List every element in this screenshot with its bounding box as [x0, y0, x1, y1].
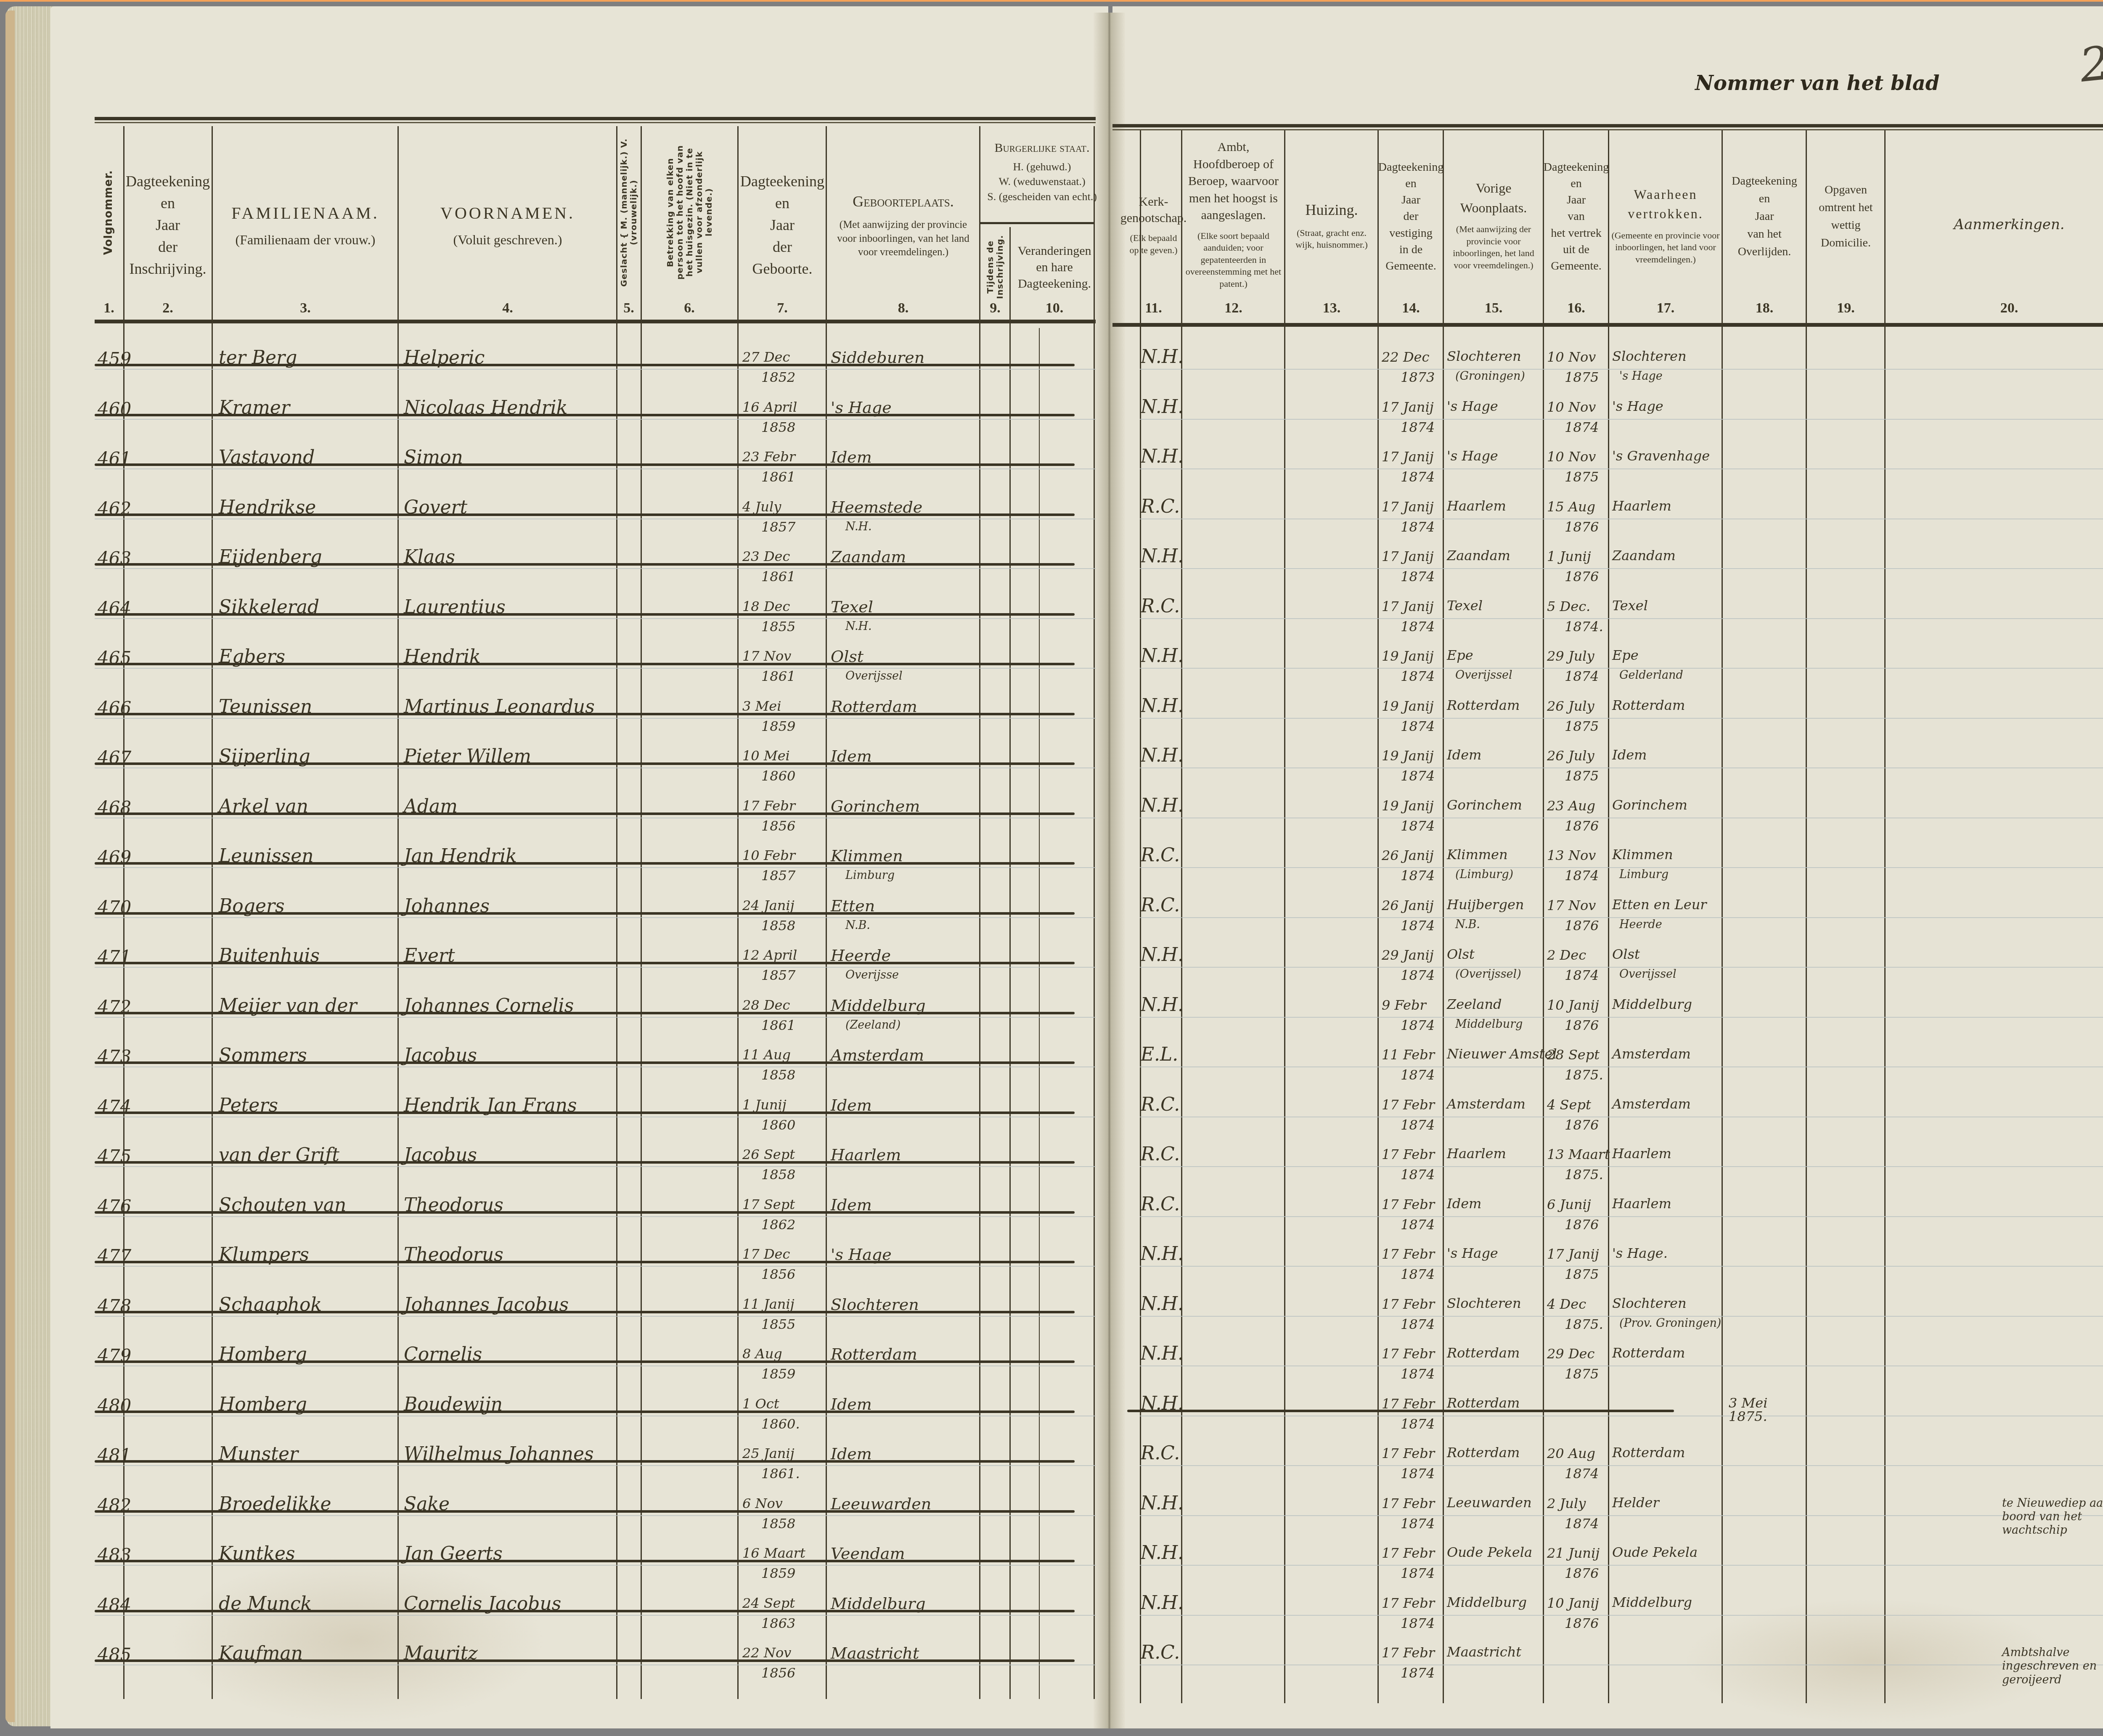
vestiging-dag: 26 Janij [1382, 849, 1434, 862]
geboorte-dag: 23 Febr [742, 450, 795, 463]
vertrek-jaar: 1876 [1565, 1567, 1599, 1580]
strike-through-line [1127, 1410, 1674, 1412]
geboorte-dag: 10 Febr [742, 849, 795, 862]
vertrek-dag: 13 Maart [1547, 1148, 1610, 1161]
geboorte-jaar: 1858 [761, 919, 795, 932]
geboorteplaats: Rotterdam [831, 1346, 917, 1362]
vorige-woonplaats: 's Hage [1447, 449, 1498, 463]
strike-through-line [95, 1311, 1075, 1313]
vertrek-dag: 2 Dec [1547, 948, 1586, 962]
ruled-line [95, 1615, 1096, 1616]
waarheen-vertrokken: Idem [1612, 748, 1647, 762]
vestiging-jaar: 1874 [1401, 1019, 1435, 1032]
vertrek-dag: 17 Nov [1547, 899, 1596, 912]
geboorteplaats-provincie: Overijsse [845, 969, 899, 981]
col-header-veranderingen: Veranderingen en hare Dagteekening. 10. [1010, 227, 1099, 324]
kerkgenootschap: N.H. [1141, 946, 1184, 964]
vertrek-dag: 29 July [1547, 649, 1594, 663]
ruled-line [1140, 618, 2103, 619]
waarheen-vertrokken: Zaandam [1612, 549, 1676, 562]
vertrek-dag: 4 Sept [1547, 1098, 1591, 1111]
geboorteplaats-provincie: N.B. [845, 920, 870, 931]
geboorte-jaar: 1860. [761, 1417, 800, 1431]
waarheen-vertrokken: Etten en Leur [1612, 898, 1707, 911]
kerkgenootschap: N.H. [1141, 1245, 1184, 1263]
vertrek-dag: 23 Aug [1547, 799, 1595, 812]
waarheen-vertrokken: Haarlem [1612, 499, 1671, 513]
vestiging-dag: 11 Febr [1382, 1048, 1435, 1061]
vorige-woonplaats: Huijbergen [1447, 898, 1524, 911]
strike-through-line [95, 1360, 1075, 1363]
geboorte-jaar: 1855 [761, 620, 795, 633]
vorige-woonplaats-provincie: Middelburg [1455, 1019, 1523, 1030]
vertrek-jaar: 1876 [1565, 570, 1599, 583]
strike-through-line [95, 1410, 1075, 1413]
waarheen-provincie: Heerde [1619, 919, 1662, 930]
ruled-line [95, 1017, 1096, 1018]
vestiging-dag: 17 Febr [1382, 1198, 1435, 1211]
waarheen-vertrokken: Oude Pekela [1612, 1545, 1698, 1559]
vestiging-dag: 26 Janij [1382, 899, 1434, 912]
vertrek-dag: 10 Nov [1547, 450, 1596, 463]
geboorteplaats: Slochteren [831, 1297, 919, 1313]
waarheen-vertrokken: Texel [1612, 599, 1648, 612]
vorige-woonplaats-provincie: N.B. [1455, 919, 1480, 930]
paper-stain [168, 1556, 547, 1724]
kerkgenootschap: N.H. [1141, 547, 1184, 566]
geboorteplaats: Idem [831, 748, 872, 764]
ruled-line [95, 419, 1096, 420]
geboorte-dag: 12 April [742, 948, 797, 962]
ruled-line [95, 519, 1096, 519]
col-header-dagteekening-inschrijving: Dagteekening en Jaar der Inschrijving. 2… [123, 126, 212, 324]
waarheen-vertrokken: Klimmen [1612, 848, 1673, 861]
ruled-line [1140, 818, 2103, 818]
vorige-woonplaats: Texel [1447, 599, 1483, 612]
vertrek-dag: 26 July [1547, 699, 1594, 713]
geboorteplaats: Idem [831, 449, 872, 465]
geboorte-jaar: 1860 [761, 1118, 795, 1132]
geboorte-jaar: 1858 [761, 1517, 795, 1530]
kerkgenootschap: N.H. [1141, 1494, 1184, 1513]
strike-through-line [95, 812, 1075, 815]
vestiging-jaar: 1874 [1401, 1617, 1435, 1630]
vorige-woonplaats: Rotterdam [1447, 1396, 1520, 1410]
geboorte-dag: 16 Maart [742, 1546, 805, 1560]
vestiging-dag: 19 Janij [1382, 749, 1434, 762]
ruled-line [95, 568, 1096, 569]
vorige-woonplaats: Leeuwarden [1447, 1496, 1532, 1509]
vertrek-jaar: 1876 [1565, 1019, 1599, 1032]
vestiging-dag: 17 Febr [1382, 1347, 1435, 1360]
vorige-woonplaats: Slochteren [1447, 349, 1521, 363]
geboorteplaats: Haarlem [831, 1147, 901, 1163]
ruled-line [95, 1266, 1096, 1267]
geboorte-dag: 25 Janij [742, 1447, 795, 1460]
geboorte-jaar: 1862 [761, 1218, 795, 1231]
ruled-line [1140, 1017, 2103, 1018]
geboorte-jaar: 1858 [761, 1068, 795, 1082]
ruled-line [95, 618, 1096, 619]
vertrek-jaar: 1874 [1565, 969, 1599, 982]
vestiging-dag: 17 Febr [1382, 1098, 1435, 1111]
geboorte-dag: 8 Aug [742, 1347, 782, 1360]
vestiging-jaar: 1874 [1401, 421, 1435, 434]
geboorteplaats: Amsterdam [831, 1047, 924, 1063]
vestiging-jaar: 1874 [1401, 720, 1435, 733]
vertrek-jaar: 1875 [1565, 470, 1599, 484]
vertrek-dag: 28 Sept [1547, 1048, 1600, 1061]
geboorte-dag: 11 Janij [742, 1297, 795, 1311]
vestiging-dag: 17 Febr [1382, 1646, 1435, 1659]
vertrek-dag: 20 Aug [1547, 1447, 1595, 1460]
vorige-woonplaats: Idem [1447, 748, 1481, 762]
geboorteplaats: Maastricht [831, 1645, 919, 1661]
strike-through-line [95, 463, 1075, 466]
waarheen-provincie: Overijssel [1619, 969, 1677, 980]
geboorteplaats: Idem [831, 1097, 872, 1113]
vertrek-jaar: 1874 [1565, 421, 1599, 434]
geboorte-jaar: 1855 [761, 1318, 795, 1331]
geboorte-dag: 16 April [742, 400, 797, 414]
ruled-line [1140, 1515, 2103, 1516]
geboorte-jaar: 1861 [761, 670, 795, 683]
waarheen-provincie: 's Hage [1619, 370, 1663, 382]
vestiging-dag: 19 Janij [1382, 699, 1434, 713]
geboorte-dag: 10 Mei [742, 749, 790, 762]
col-header-burgerlijke-staat-group: Burgerlijke staat. H. (gehuwd.) W. (wedu… [980, 126, 1104, 223]
geboorte-jaar: 1861. [761, 1467, 800, 1480]
col-header-voornamen: VOORNAMEN. (Voluit geschreven.) 4. [398, 126, 617, 324]
ruled-line [1140, 1465, 2103, 1466]
geboorteplaats: Middelburg [831, 998, 926, 1014]
geboorteplaats: Klimmen [831, 848, 903, 864]
ruled-line [1140, 718, 2103, 719]
vertrek-jaar: 1875 [1565, 1367, 1599, 1381]
ruled-line [95, 1066, 1096, 1067]
geboorteplaats: Siddeburen [831, 349, 924, 365]
col-header-waarheen-vertrokken: Waarheen vertrokken. (Gemeente en provin… [1609, 126, 1722, 324]
vertrek-dag: 1 Junij [1547, 550, 1591, 563]
vertrek-dag: 2 July [1547, 1497, 1586, 1510]
ruled-line [95, 867, 1096, 868]
vertrek-jaar: 1875. [1565, 1168, 1603, 1181]
waarheen-vertrokken: Gorinchem [1612, 798, 1687, 812]
vestiging-dag: 17 Febr [1382, 1247, 1435, 1261]
vertrek-jaar: 1876 [1565, 1218, 1599, 1231]
ruled-line [95, 1515, 1096, 1516]
geboorteplaats: Heemstede [831, 499, 922, 515]
geboorte-dag: 1 Oct [742, 1397, 779, 1410]
col-header-familienaam: FAMILIENAAM. (Familienaam der vrouw.) 3. [212, 126, 398, 324]
col-header-beroep: Ambt, Hoofdberoep of Beroep, waarvoor me… [1182, 126, 1285, 324]
col-header-aanmerkingen: Aanmerkingen. 20. [1885, 126, 2103, 324]
vertrek-jaar: 1875 [1565, 769, 1599, 783]
vestiging-jaar: 1874 [1401, 1068, 1435, 1082]
waarheen-vertrokken: 's Hage. [1612, 1246, 1668, 1260]
vertrek-jaar: 1875 [1565, 1268, 1599, 1281]
ruled-line [1140, 1615, 2103, 1616]
vertrek-jaar: 1876 [1565, 1617, 1599, 1630]
geboorteplaats: 's Hage [831, 400, 892, 415]
vestiging-jaar: 1874 [1401, 1666, 1435, 1680]
kerkgenootschap: R.C. [1141, 498, 1180, 516]
vertrek-jaar: 1875 [1565, 720, 1599, 733]
vorige-woonplaats: Zaandam [1447, 549, 1510, 562]
kerkgenootschap: R.C. [1141, 1145, 1180, 1164]
kerkgenootschap: R.C. [1141, 597, 1180, 616]
vestiging-jaar: 1874 [1401, 1268, 1435, 1281]
vestiging-dag: 9 Febr [1382, 998, 1426, 1012]
geboorte-dag: 4 July [742, 500, 781, 513]
geboorte-dag: 17 Dec [742, 1247, 790, 1261]
vestiging-dag: 22 Dec [1382, 350, 1429, 364]
kerkgenootschap: R.C. [1141, 896, 1180, 915]
kerkgenootschap: N.H. [1141, 1544, 1184, 1562]
kerkgenootschap: N.H. [1141, 1344, 1184, 1363]
vestiging-jaar: 1874 [1401, 1118, 1435, 1132]
geboorteplaats: Leeuwarden [831, 1496, 931, 1512]
geboorteplaats: Texel [831, 599, 873, 615]
vorige-woonplaats: Maastricht [1447, 1645, 1521, 1659]
strike-through-line [95, 713, 1075, 715]
vestiging-jaar: 1874 [1401, 520, 1435, 534]
waarheen-vertrokken: Rotterdam [1612, 1346, 1685, 1360]
col-header-dagteekening-vestiging: Dagteekening en Jaar der vestiging in de… [1378, 126, 1443, 324]
strike-through-line [95, 762, 1075, 765]
vorige-woonplaats: Haarlem [1447, 499, 1506, 513]
vestiging-jaar: 1874 [1401, 869, 1435, 882]
ruled-line [95, 1416, 1096, 1416]
ruled-line [1140, 419, 2103, 420]
geboorte-jaar: 1861 [761, 570, 795, 583]
ruled-line [95, 1565, 1096, 1566]
col-header-geboorteplaats: Geboorteplaats. (Met aanwijzing der prov… [826, 126, 980, 324]
vorige-woonplaats: Zeeland [1447, 998, 1502, 1011]
book-page-edges-left [6, 6, 57, 1726]
vestiging-dag: 17 Janij [1382, 600, 1434, 613]
vestiging-jaar: 1874 [1401, 1417, 1435, 1431]
vertrek-jaar: 1874. [1565, 620, 1603, 633]
vestiging-dag: 19 Janij [1382, 799, 1434, 812]
strike-through-line [95, 1460, 1075, 1463]
vestiging-dag: 29 Janij [1382, 948, 1434, 962]
col-header-tijdens-inschrijving: Tijdens de Inschrijving. 9. [980, 227, 1010, 324]
ruled-line [95, 718, 1096, 719]
geboorte-dag: 11 Aug [742, 1048, 791, 1061]
geboorte-jaar: 1852 [761, 370, 795, 384]
waarheen-vertrokken: 's Gravenhage [1612, 449, 1710, 463]
ruled-line [95, 1366, 1096, 1366]
geboorte-dag: 27 Dec [742, 350, 790, 364]
geboorteplaats: Idem [831, 1197, 872, 1213]
geboorte-jaar: 1856 [761, 1268, 795, 1281]
ruled-line [95, 1465, 1096, 1466]
strike-through-line [95, 1211, 1075, 1214]
geboorte-jaar: 1856 [761, 819, 795, 833]
vertrek-dag: 5 Dec. [1547, 600, 1590, 613]
header-top-rule-left [95, 117, 1096, 120]
geboorte-jaar: 1858 [761, 421, 795, 434]
waarheen-vertrokken: Middelburg [1612, 1596, 1692, 1609]
geboorte-dag: 17 Sept [742, 1198, 795, 1211]
waarheen-vertrokken: Amsterdam [1612, 1047, 1691, 1061]
geboorte-dag: 22 Nov [742, 1646, 791, 1659]
waarheen-vertrokken: Epe [1612, 648, 1639, 662]
kerkgenootschap: N.H. [1141, 1295, 1184, 1313]
vestiging-dag: 17 Febr [1382, 1596, 1435, 1610]
vestiging-dag: 17 Febr [1382, 1447, 1435, 1460]
ruled-line [1140, 519, 2103, 519]
waarheen-vertrokken: Helder [1612, 1496, 1659, 1509]
vertrek-dag: 15 Aug [1547, 500, 1595, 513]
vestiging-jaar: 1874 [1401, 1517, 1435, 1530]
geboorte-dag: 23 Dec [742, 550, 790, 563]
ruled-line [95, 917, 1096, 918]
top-strip [0, 0, 2103, 2]
geboorte-jaar: 1857 [761, 520, 795, 534]
ruled-line [1140, 1266, 2103, 1267]
kerkgenootschap: N.H. [1141, 697, 1184, 715]
geboorte-jaar: 1863 [761, 1617, 795, 1630]
vestiging-jaar: 1874 [1401, 1467, 1435, 1480]
geboorteplaats: Olst [831, 648, 863, 664]
geboorte-jaar: 1859 [761, 1367, 795, 1381]
col-header-domicilie: Opgaven omtrent het wettig Domicilie. 19… [1806, 126, 1885, 324]
vorige-woonplaats: 's Hage [1447, 1246, 1498, 1260]
kerkgenootschap: N.H. [1141, 398, 1184, 416]
vertrek-jaar: 1874 [1565, 1467, 1599, 1480]
vertrek-jaar: 1876 [1565, 819, 1599, 833]
vorige-woonplaats: Rotterdam [1447, 1446, 1520, 1459]
geboorteplaats: Gorinchem [831, 798, 920, 814]
geboorte-dag: 26 Sept [742, 1148, 795, 1161]
vestiging-dag: 17 Febr [1382, 1546, 1435, 1560]
vorige-woonplaats: Olst [1447, 947, 1475, 961]
ruled-line [95, 369, 1096, 370]
geboorte-dag: 18 Dec [742, 600, 790, 613]
strike-through-line [95, 364, 1075, 366]
col-header-huizing: Huizing. (Straat, gracht enz. wijk, huis… [1285, 126, 1378, 324]
strike-through-line [95, 1510, 1075, 1513]
kerkgenootschap: N.H. [1141, 746, 1184, 765]
waarheen-provincie: Limburg [1619, 869, 1669, 880]
geboorte-jaar: 1857 [761, 969, 795, 982]
kerkgenootschap: R.C. [1141, 1195, 1180, 1214]
vorige-woonplaats: Rotterdam [1447, 699, 1520, 712]
vertrek-dag: 10 Janij [1547, 998, 1599, 1012]
geboorteplaats-provincie: (Zeeland) [845, 1019, 901, 1031]
column-divider [1094, 126, 1095, 1699]
strike-through-line [95, 1111, 1075, 1114]
geboorte-jaar: 1856 [761, 1666, 795, 1680]
ruled-line [95, 1166, 1096, 1167]
waarheen-vertrokken: Slochteren [1612, 1297, 1687, 1310]
vestiging-jaar: 1874 [1401, 769, 1435, 783]
ruled-line [95, 767, 1096, 768]
vestiging-jaar: 1874 [1401, 670, 1435, 683]
strike-through-line [95, 1261, 1075, 1263]
strike-through-line [95, 1560, 1075, 1562]
col-header-dagteekening-overlijden: Dagteekening en Jaar van het Overlijden.… [1722, 126, 1806, 324]
geboorteplaats: Rotterdam [831, 699, 917, 715]
ruled-line [1140, 1117, 2103, 1117]
vorige-woonplaats: Epe [1447, 648, 1473, 662]
vertrek-jaar: 1874 [1565, 869, 1599, 882]
vertrek-dag: 26 July [1547, 749, 1594, 762]
geboorte-jaar: 1857 [761, 869, 795, 882]
geboorteplaats-provincie: Limburg [845, 870, 895, 881]
geboorteplaats-provincie: Overijssel [845, 670, 903, 682]
vestiging-jaar: 1874 [1401, 620, 1435, 633]
geboorteplaats: Middelburg [831, 1596, 926, 1612]
aanmerking: Ambtshalve ingeschreven en geroijeerd [2002, 1646, 2103, 1687]
vorige-woonplaats: 's Hage [1447, 400, 1498, 413]
col-header-betrekking: Betrekking van elken persoon tot het hoo… [641, 126, 738, 324]
geboorteplaats: Zaandam [831, 549, 906, 565]
vestiging-dag: 17 Janij [1382, 550, 1434, 563]
vertrek-jaar: 1875. [1565, 1318, 1603, 1331]
vorige-woonplaats: Gorinchem [1447, 798, 1522, 812]
geboorte-dag: 6 Nov [742, 1497, 783, 1510]
vorige-woonplaats: Slochteren [1447, 1297, 1521, 1310]
vorige-woonplaats: Klimmen [1447, 848, 1508, 861]
strike-through-line [95, 414, 1075, 416]
vestiging-jaar: 1874 [1401, 819, 1435, 833]
strike-through-line [95, 663, 1075, 665]
vestiging-jaar: 1874 [1401, 1567, 1435, 1580]
ruled-line [1140, 1565, 2103, 1566]
col-header-dagteekening-geboorte: Dagteekening en Jaar der Geboorte. 7. [738, 126, 826, 324]
waarheen-vertrokken: 's Hage [1612, 400, 1663, 413]
vertrek-jaar: 1876 [1565, 919, 1599, 932]
strike-through-line [95, 1610, 1075, 1612]
vestiging-dag: 17 Janij [1382, 450, 1434, 463]
geboorteplaats: Idem [831, 1396, 872, 1412]
geboorte-jaar: 1860 [761, 769, 795, 783]
vertrek-jaar: 1874 [1565, 1517, 1599, 1530]
geboorte-dag: 3 Mei [742, 699, 781, 713]
strike-through-line [95, 613, 1075, 616]
ruled-line [1140, 1366, 2103, 1366]
col-header-dagteekening-vertrek: Dagteekening en Jaar van het vertrek uit… [1544, 126, 1609, 324]
kerkgenootschap: N.H. [1141, 447, 1184, 466]
vestiging-jaar: 1874 [1401, 1318, 1435, 1331]
vestiging-dag: 17 Febr [1382, 1497, 1435, 1510]
vestiging-dag: 17 Febr [1382, 1297, 1435, 1311]
overlijden: 3 Mei 1875. [1729, 1396, 1800, 1423]
vertrek-dag: 10 Janij [1547, 1596, 1599, 1610]
kerkgenootschap: N.H. [1141, 348, 1184, 366]
vestiging-jaar: 1874 [1401, 969, 1435, 982]
geboorteplaats: Etten [831, 898, 875, 914]
col-header-vorige-woonplaats: Vorige Woonplaats. (Met aanwijzing der p… [1443, 126, 1544, 324]
geboorteplaats-provincie: N.H. [845, 521, 872, 532]
col-header-kerkgenootschap: Kerk-genootschap. (Elk bepaald op te gev… [1125, 126, 1182, 324]
vertrek-jaar: 1874 [1565, 670, 1599, 683]
geboorte-jaar: 1859 [761, 720, 795, 733]
ruled-line [1140, 1665, 2103, 1665]
waarheen-vertrokken: Amsterdam [1612, 1097, 1691, 1111]
geboorte-dag: 28 Dec [742, 998, 790, 1012]
geboorte-jaar: 1859 [761, 1567, 795, 1580]
waarheen-provincie: Gelderland [1619, 670, 1683, 681]
kerkgenootschap: R.C. [1141, 1096, 1180, 1114]
vertrek-dag: 6 Junij [1547, 1198, 1591, 1211]
vestiging-dag: 17 Febr [1382, 1148, 1435, 1161]
vorige-woonplaats: Idem [1447, 1197, 1481, 1210]
geboorte-jaar: 1858 [761, 1168, 795, 1181]
